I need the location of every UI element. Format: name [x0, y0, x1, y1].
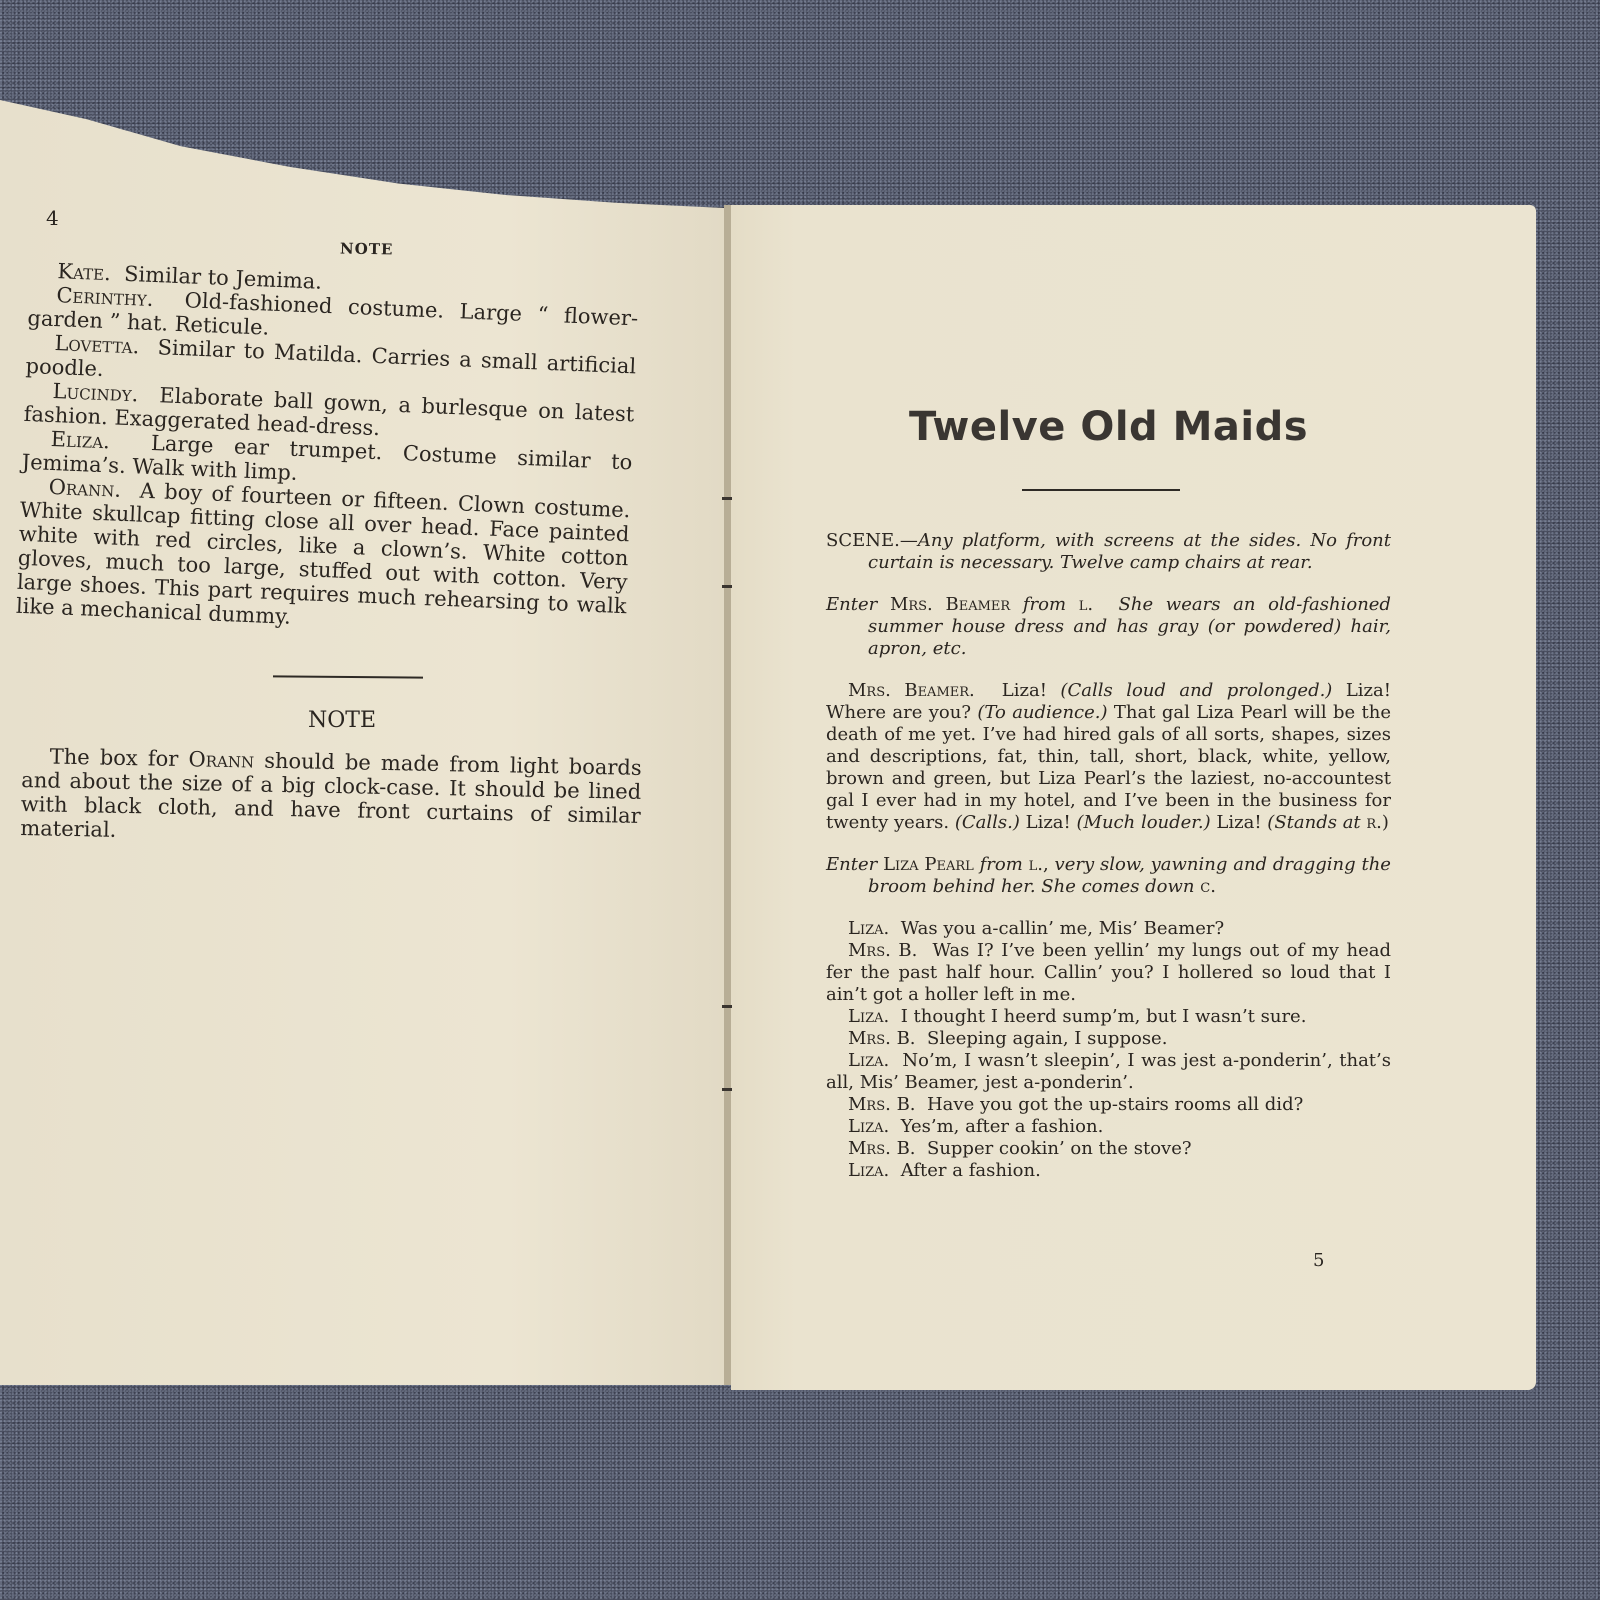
speech-text: Liza! [1211, 812, 1268, 833]
character-name: Eliza. [50, 427, 110, 453]
binding-stitch [722, 585, 732, 588]
scene-label: SCENE.— [826, 530, 918, 551]
binding-stitch [722, 1088, 732, 1091]
direction-word: from [980, 854, 1023, 875]
enter-label: Enter [826, 854, 877, 875]
character-name: Kate. [57, 259, 111, 285]
character-name: Lucindy. [52, 379, 139, 406]
speaker-name: Mrs. B. [848, 1138, 916, 1159]
binding-stitch [722, 1005, 732, 1008]
note-text: The box for [50, 745, 179, 771]
line-text: I thought I heerd sump’m, but I wasn’t s… [901, 1006, 1307, 1027]
binding-stitch [722, 497, 732, 500]
title-divider [1022, 489, 1180, 491]
speaker-name: Mrs. B. [848, 1028, 916, 1049]
line-text: Supper cookin’ on the stove? [927, 1138, 1192, 1159]
speech-text: Liza! [1020, 812, 1077, 833]
line-text: No’m, I wasn’t sleepin’, I was jest a-po… [826, 1050, 1391, 1093]
character-name: Orann [188, 747, 254, 772]
dialogue-line: Liza. Was you a-callin’ me, Mis’ Beamer? [826, 918, 1391, 940]
character-name: Mrs. Beamer [890, 594, 1010, 615]
character-name: Orann. [48, 475, 121, 502]
speech: Mrs. Beamer. Liza! (Calls loud and prolo… [826, 680, 1391, 834]
character-name: Lovetta. [54, 331, 140, 358]
play-title: Twelve Old Maids [909, 404, 1308, 450]
speaker-name: Liza. [848, 1050, 889, 1071]
stage-direction: Enter Mrs. Beamer from l. She wears an o… [826, 594, 1391, 660]
speech-text: Liza! [1002, 680, 1061, 701]
speaker-name: Liza. [848, 918, 889, 939]
stage-direction: Enter Liza Pearl from l., very slow, yaw… [826, 854, 1391, 898]
stage-side: r.) [1361, 812, 1389, 833]
scene-direction: SCENE.—Any platform, with screens at the… [826, 530, 1391, 574]
character-name: Liza Pearl [883, 854, 974, 875]
character-entry: Orann. A boy of fourteen or fifteen. Clo… [16, 474, 631, 642]
page-number-left: 4 [46, 206, 59, 230]
note-body: The box for Orann should be made from li… [20, 744, 642, 852]
running-head: NOTE [340, 240, 394, 259]
aside: (Calls.) [955, 812, 1020, 833]
line-text: After a fashion. [901, 1160, 1041, 1181]
page-number-right: 5 [1313, 1250, 1324, 1271]
aside: (Stands at [1267, 812, 1360, 833]
dialogue-line: Mrs. B. Have you got the up-stairs rooms… [826, 1094, 1391, 1116]
stage-side: l., [1029, 854, 1049, 875]
dialogue-line: Liza. No’m, I wasn’t sleepin’, I was jes… [826, 1050, 1391, 1094]
line-text: Have you got the up-stairs rooms all did… [927, 1094, 1303, 1115]
dialogue-line: Liza. After a fashion. [826, 1160, 1391, 1182]
speaker-name: Mrs. B. [848, 1094, 916, 1115]
scene-text: Any platform, with screens at the sides.… [868, 530, 1391, 573]
speaker-name: Mrs. Beamer. [848, 680, 975, 701]
speaker-name: Liza. [848, 1116, 889, 1137]
dialogue-line: Liza. Yes’m, after a fashion. [826, 1116, 1391, 1138]
line-text: Sleeping again, I suppose. [927, 1028, 1167, 1049]
dialogue-line: Liza. I thought I heerd sump’m, but I wa… [826, 1006, 1391, 1028]
speaker-name: Mrs. B. [848, 940, 917, 961]
play-text: SCENE.—Any platform, with screens at the… [826, 530, 1391, 1182]
aside: (Much louder.) [1077, 812, 1211, 833]
aside: (Calls loud and prolonged.) [1060, 680, 1332, 701]
aside: (To audience.) [977, 702, 1107, 723]
stage-side: c. [1200, 876, 1216, 897]
speaker-name: Liza. [848, 1160, 889, 1181]
direction-word: from [1023, 594, 1066, 615]
speaker-name: Liza. [848, 1006, 889, 1027]
dialogue-line: Mrs. B. Was I? I’ve been yellin’ my lung… [826, 940, 1391, 1006]
enter-label: Enter [826, 594, 877, 615]
stage-side: l. [1079, 594, 1093, 615]
dialogue-line: Mrs. B. Sleeping again, I suppose. [826, 1028, 1391, 1050]
note-heading: NOTE [308, 708, 376, 733]
character-desc: A boy of fourteen or fifteen. Clown cost… [16, 479, 631, 629]
line-text: Was you a-callin’ me, Mis’ Beamer? [901, 918, 1225, 939]
book-spine [724, 205, 731, 1385]
character-notes: Kate. Similar to Jemima. Cerinthy. Old-f… [16, 258, 640, 642]
line-text: Yes’m, after a fashion. [901, 1116, 1104, 1137]
dialogue-line: Mrs. B. Supper cookin’ on the stove? [826, 1138, 1391, 1160]
